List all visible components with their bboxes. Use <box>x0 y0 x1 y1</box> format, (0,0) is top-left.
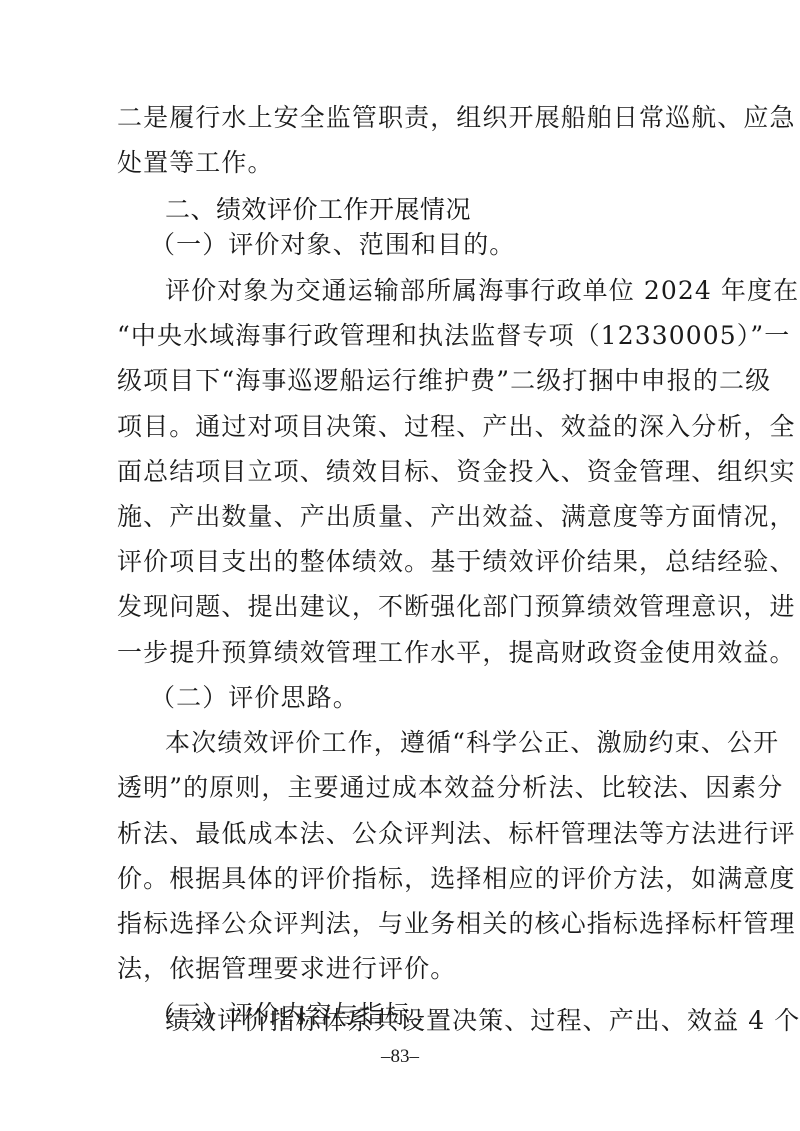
paragraph-first-line: 评价对象为交通运输部所属海事行政单位 2024 年度在 <box>165 276 677 306</box>
body-line: 项目。通过对项目决策、过程、产出、效益的深入分析，全 <box>117 412 677 442</box>
body-line: 析法、最低成本法、公众评判法、标杆管理法等方法进行评 <box>117 819 677 849</box>
body-line: 一步提升预算绩效管理工作水平，提高财政资金使用效益。 <box>117 638 677 668</box>
body-line: 指标选择公众评判法，与业务相关的核心指标选择标杆管理 <box>117 909 677 939</box>
page-number: –83– <box>0 1045 800 1069</box>
document-page: 二是履行水上安全监管职责，组织开展船舶日常巡航、应急 处置等工作。 二、绩效评价… <box>0 0 800 1131</box>
body-line: 评价项目支出的整体绩效。基于绩效评价结果，总结经验、 <box>117 547 677 577</box>
body-line: 面总结项目立项、绩效目标、资金投入、资金管理、组织实 <box>117 457 677 487</box>
body-line: 透明”的原则，主要通过成本效益分析法、比较法、因素分 <box>117 773 677 803</box>
body-line: 二是履行水上安全监管职责，组织开展船舶日常巡航、应急 <box>117 103 677 133</box>
body-line: 法，依据管理要求进行评价。 <box>117 954 677 984</box>
section-heading: 二、绩效评价工作开展情况 <box>165 195 471 225</box>
body-line: 级项目下“海事巡逻船运行维护费”二级打捆中申报的二级 <box>117 366 677 396</box>
body-line: “中央水域海事行政管理和执法监督专项（12330005）”一 <box>117 321 677 351</box>
paragraph-first-line: 绩效评价指标体系共设置决策、过程、产出、效益 4 个 <box>165 1006 677 1036</box>
body-line: 价。根据具体的评价指标，选择相应的评价方法，如满意度 <box>117 864 677 894</box>
paragraph-first-line: 本次绩效评价工作，遵循“科学公正、激励约束、公开 <box>165 728 677 758</box>
subsection-heading: （二）评价思路。 <box>150 683 359 713</box>
body-line: 发现问题、提出建议，不断强化部门预算绩效管理意识，进 <box>117 592 677 622</box>
subsection-heading: （一）评价对象、范围和目的。 <box>150 230 515 260</box>
body-line: 处置等工作。 <box>117 148 677 178</box>
body-line: 施、产出数量、产出质量、产出效益、满意度等方面情况， <box>117 502 677 532</box>
